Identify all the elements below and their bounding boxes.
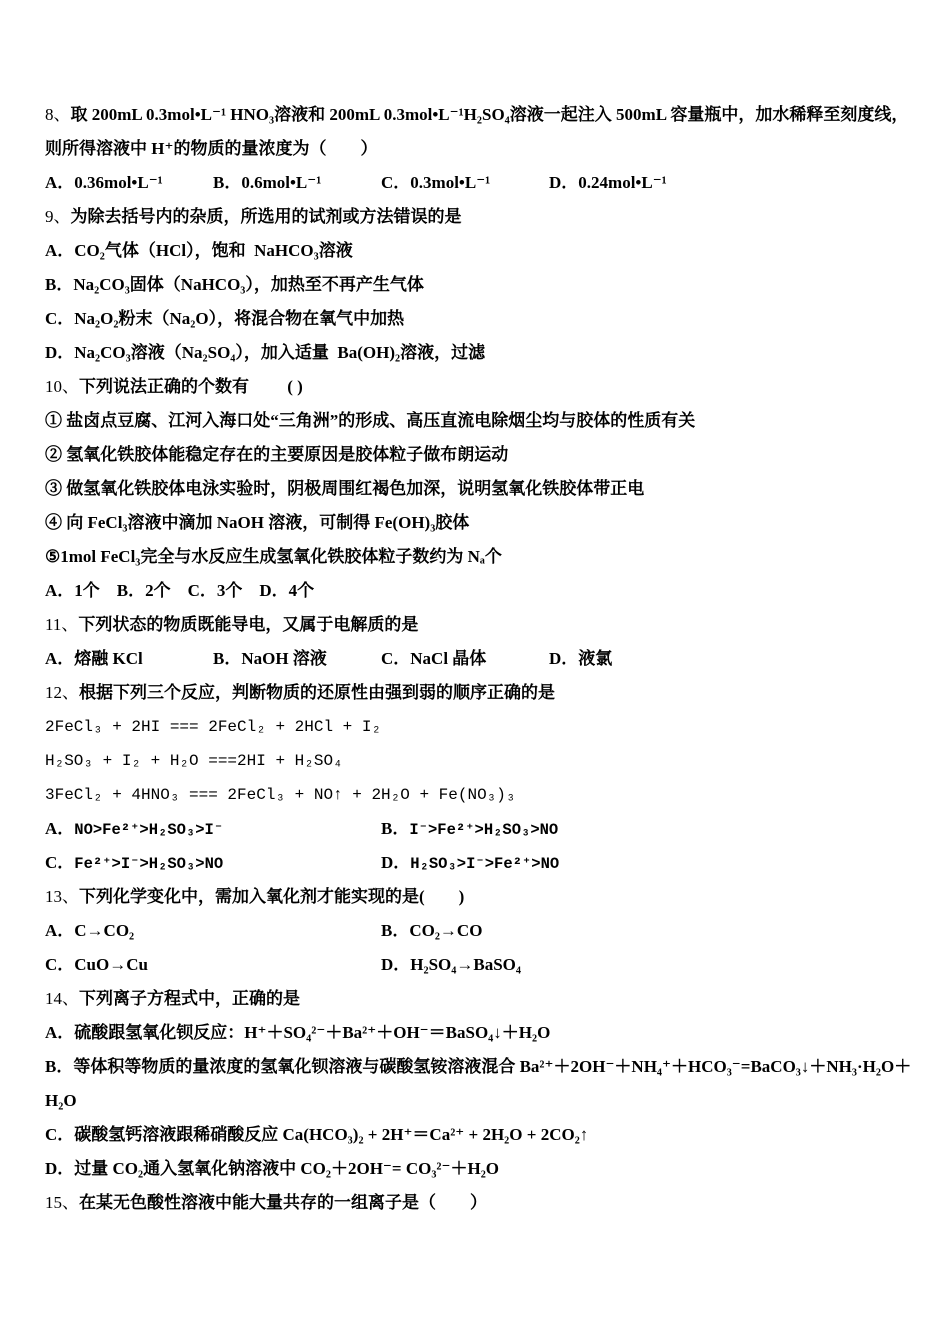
q12-option-d-formula: H₂SO₃>I⁻>Fe²⁺>NO: [410, 855, 559, 873]
q12-stem-line: 12、根据下列三个反应，判断物质的还原性由强到弱的顺序正确的是: [45, 676, 910, 710]
q14-option-b-continuation: H₂O: [45, 1084, 910, 1118]
q10-statement-2: ② 氢氧化铁胶体能稳定存在的主要原因是胶体粒子做布朗运动: [45, 438, 910, 472]
q12-option-d: D．H₂SO₃>I⁻>Fe²⁺>NO: [381, 846, 910, 881]
q12-option-a-label: A．: [45, 819, 74, 838]
q8-stem-text-1: 取 200mL 0.3mol•L⁻¹ HNO₃溶液和 200mL 0.3mol•…: [71, 105, 909, 124]
q11-stem-text: 下列状态的物质既能导电，又属于电解质的是: [78, 615, 418, 634]
q12-option-b-label: B．: [381, 819, 409, 838]
q13-option-c: C．CuO→Cu: [45, 948, 381, 982]
q12-options-row-2: C．Fe²⁺>I⁻>H₂SO₃>NO D．H₂SO₃>I⁻>Fe²⁺>NO: [45, 846, 910, 880]
q12-option-c-label: C．: [45, 853, 74, 872]
q14-option-c: C．碳酸氢钙溶液跟稀硝酸反应 Ca(HCO₃)₂ + 2H⁺＝Ca²⁺ + 2H…: [45, 1118, 910, 1152]
q10-stem-line: 10、下列说法正确的个数有 ( ): [45, 370, 910, 404]
q13-stem-text: 下列化学变化中，需加入氧化剂才能实现的是( ): [79, 887, 464, 906]
q9-number: 9、: [45, 207, 71, 226]
q8-stem-line-2: 则所得溶液中 H⁺的物质的量浓度为（ ）: [45, 132, 910, 166]
q11-options-row: A．熔融 KCl B．NaOH 溶液 C．NaCl 晶体 D．液氯: [45, 642, 910, 676]
question-13: 13、下列化学变化中，需加入氧化剂才能实现的是( ) A．C→CO₂ B．CO₂…: [45, 880, 910, 982]
q10-stem-text: 下列说法正确的个数有 ( ): [79, 377, 303, 396]
q13-option-a: A．C→CO₂: [45, 914, 381, 948]
q11-number: 11、: [45, 615, 78, 634]
q10-statement-4: ④ 向 FeCl₃溶液中滴加 NaOH 溶液，可制得 Fe(OH)₃胶体: [45, 506, 910, 540]
q11-option-a: A．熔融 KCl: [45, 642, 213, 676]
exam-page: 8、取 200mL 0.3mol•L⁻¹ HNO₃溶液和 200mL 0.3mo…: [0, 0, 950, 1344]
q12-options-row-1: A．NO>Fe²⁺>H₂SO₃>I⁻ B．I⁻>Fe²⁺>H₂SO₃>NO: [45, 812, 910, 846]
q8-option-c: C．0.3mol•L⁻¹: [381, 166, 549, 200]
q12-option-b: B．I⁻>Fe²⁺>H₂SO₃>NO: [381, 812, 910, 847]
q9-option-a: A．CO₂气体（HCl），饱和 NaHCO₃溶液: [45, 234, 910, 268]
q9-stem-text: 为除去括号内的杂质，所选用的试剂或方法错误的是: [71, 207, 462, 226]
question-10: 10、下列说法正确的个数有 ( ) ① 盐卤点豆腐、江河入海口处“三角洲”的形成…: [45, 370, 910, 608]
q13-stem-line: 13、下列化学变化中，需加入氧化剂才能实现的是( ): [45, 880, 910, 914]
question-9: 9、为除去括号内的杂质，所选用的试剂或方法错误的是 A．CO₂气体（HCl），饱…: [45, 200, 910, 370]
q14-option-a: A．硫酸跟氢氧化钡反应：H⁺＋SO₄²⁻＋Ba²⁺＋OH⁻＝BaSO₄↓＋H₂O: [45, 1016, 910, 1050]
q14-stem-text: 下列离子方程式中，正确的是: [79, 989, 300, 1008]
q10-statement-3: ③ 做氢氧化铁胶体电泳实验时，阴极周围红褐色加深，说明氢氧化铁胶体带正电: [45, 472, 910, 506]
q8-number: 8、: [45, 105, 71, 124]
q9-option-b: B．Na₂CO₃固体（NaHCO₃），加热至不再产生气体: [45, 268, 910, 302]
q10-statement-1: ① 盐卤点豆腐、江河入海口处“三角洲”的形成、高压直流电除烟尘均与胶体的性质有关: [45, 404, 910, 438]
q8-option-d: D．0.24mol•L⁻¹: [549, 166, 910, 200]
q11-option-d: D．液氯: [549, 642, 910, 676]
q11-stem-line: 11、下列状态的物质既能导电，又属于电解质的是: [45, 608, 910, 642]
q13-option-b: B．CO₂→CO: [381, 914, 910, 948]
q10-number: 10、: [45, 377, 79, 396]
q12-number: 12、: [45, 683, 79, 702]
question-11: 11、下列状态的物质既能导电，又属于电解质的是 A．熔融 KCl B．NaOH …: [45, 608, 910, 676]
question-12: 12、根据下列三个反应，判断物质的还原性由强到弱的顺序正确的是 2FeCl₃ +…: [45, 676, 910, 880]
q12-stem-text: 根据下列三个反应，判断物质的还原性由强到弱的顺序正确的是: [79, 683, 555, 702]
q12-equation-2: H₂SO₃ + I₂ + H₂O ===2HI + H₂SO₄: [45, 744, 910, 778]
q12-equation-3: 3FeCl₂ + 4HNO₃ === 2FeCl₃ + NO↑ + 2H₂O +…: [45, 778, 910, 812]
q12-option-b-formula: I⁻>Fe²⁺>H₂SO₃>NO: [409, 821, 558, 839]
q8-option-b: B．0.6mol•L⁻¹: [213, 166, 381, 200]
q12-option-d-label: D．: [381, 853, 410, 872]
question-8: 8、取 200mL 0.3mol•L⁻¹ HNO₃溶液和 200mL 0.3mo…: [45, 98, 910, 200]
q8-options-row: A．0.36mol•L⁻¹ B．0.6mol•L⁻¹ C．0.3mol•L⁻¹ …: [45, 166, 910, 200]
q15-number: 15、: [45, 1193, 79, 1212]
q12-option-c: C．Fe²⁺>I⁻>H₂SO₃>NO: [45, 846, 381, 881]
q10-statement-5: ⑤1mol FeCl₃完全与水反应生成氢氧化铁胶体粒子数约为 Nₐ个: [45, 540, 910, 574]
q8-option-a: A．0.36mol•L⁻¹: [45, 166, 213, 200]
q12-option-a-formula: NO>Fe²⁺>H₂SO₃>I⁻: [74, 821, 223, 839]
q11-option-b: B．NaOH 溶液: [213, 642, 381, 676]
q8-stem-text-2: 则所得溶液中 H⁺的物质的量浓度为（ ）: [45, 139, 377, 158]
q12-option-c-formula: Fe²⁺>I⁻>H₂SO₃>NO: [74, 855, 223, 873]
question-15: 15、在某无色酸性溶液中能大量共存的一组离子是（ ）: [45, 1186, 910, 1220]
q14-stem-line: 14、下列离子方程式中，正确的是: [45, 982, 910, 1016]
q14-number: 14、: [45, 989, 79, 1008]
q9-option-d: D．Na₂CO₃溶液（Na₂SO₄），加入适量 Ba(OH)₂溶液，过滤: [45, 336, 910, 370]
q9-stem-line: 9、为除去括号内的杂质，所选用的试剂或方法错误的是: [45, 200, 910, 234]
q12-equation-1: 2FeCl₃ + 2HI === 2FeCl₂ + 2HCl + I₂: [45, 710, 910, 744]
q14-option-b: B．等体积等物质的量浓度的氢氧化钡溶液与碳酸氢铵溶液混合 Ba²⁺＋2OH⁻＋N…: [45, 1050, 910, 1084]
q10-options-line: A．1个 B．2个 C．3个 D．4个: [45, 574, 910, 608]
q13-options-row-2: C．CuO→Cu D．H₂SO₄→BaSO₄: [45, 948, 910, 982]
q14-option-d: D．过量 CO₂通入氢氧化钠溶液中 CO₂＋2OH⁻= CO₃²⁻＋H₂O: [45, 1152, 910, 1186]
q13-number: 13、: [45, 887, 79, 906]
q13-option-d: D．H₂SO₄→BaSO₄: [381, 948, 910, 982]
q15-stem-text: 在某无色酸性溶液中能大量共存的一组离子是（ ）: [79, 1193, 487, 1212]
q9-option-c: C．Na₂O₂粉末（Na₂O），将混合物在氧气中加热: [45, 302, 910, 336]
q15-stem-line: 15、在某无色酸性溶液中能大量共存的一组离子是（ ）: [45, 1186, 910, 1220]
q8-stem-line-1: 8、取 200mL 0.3mol•L⁻¹ HNO₃溶液和 200mL 0.3mo…: [45, 98, 910, 132]
q12-option-a: A．NO>Fe²⁺>H₂SO₃>I⁻: [45, 812, 381, 847]
q11-option-c: C．NaCl 晶体: [381, 642, 549, 676]
q13-options-row-1: A．C→CO₂ B．CO₂→CO: [45, 914, 910, 948]
question-14: 14、下列离子方程式中，正确的是 A．硫酸跟氢氧化钡反应：H⁺＋SO₄²⁻＋Ba…: [45, 982, 910, 1186]
